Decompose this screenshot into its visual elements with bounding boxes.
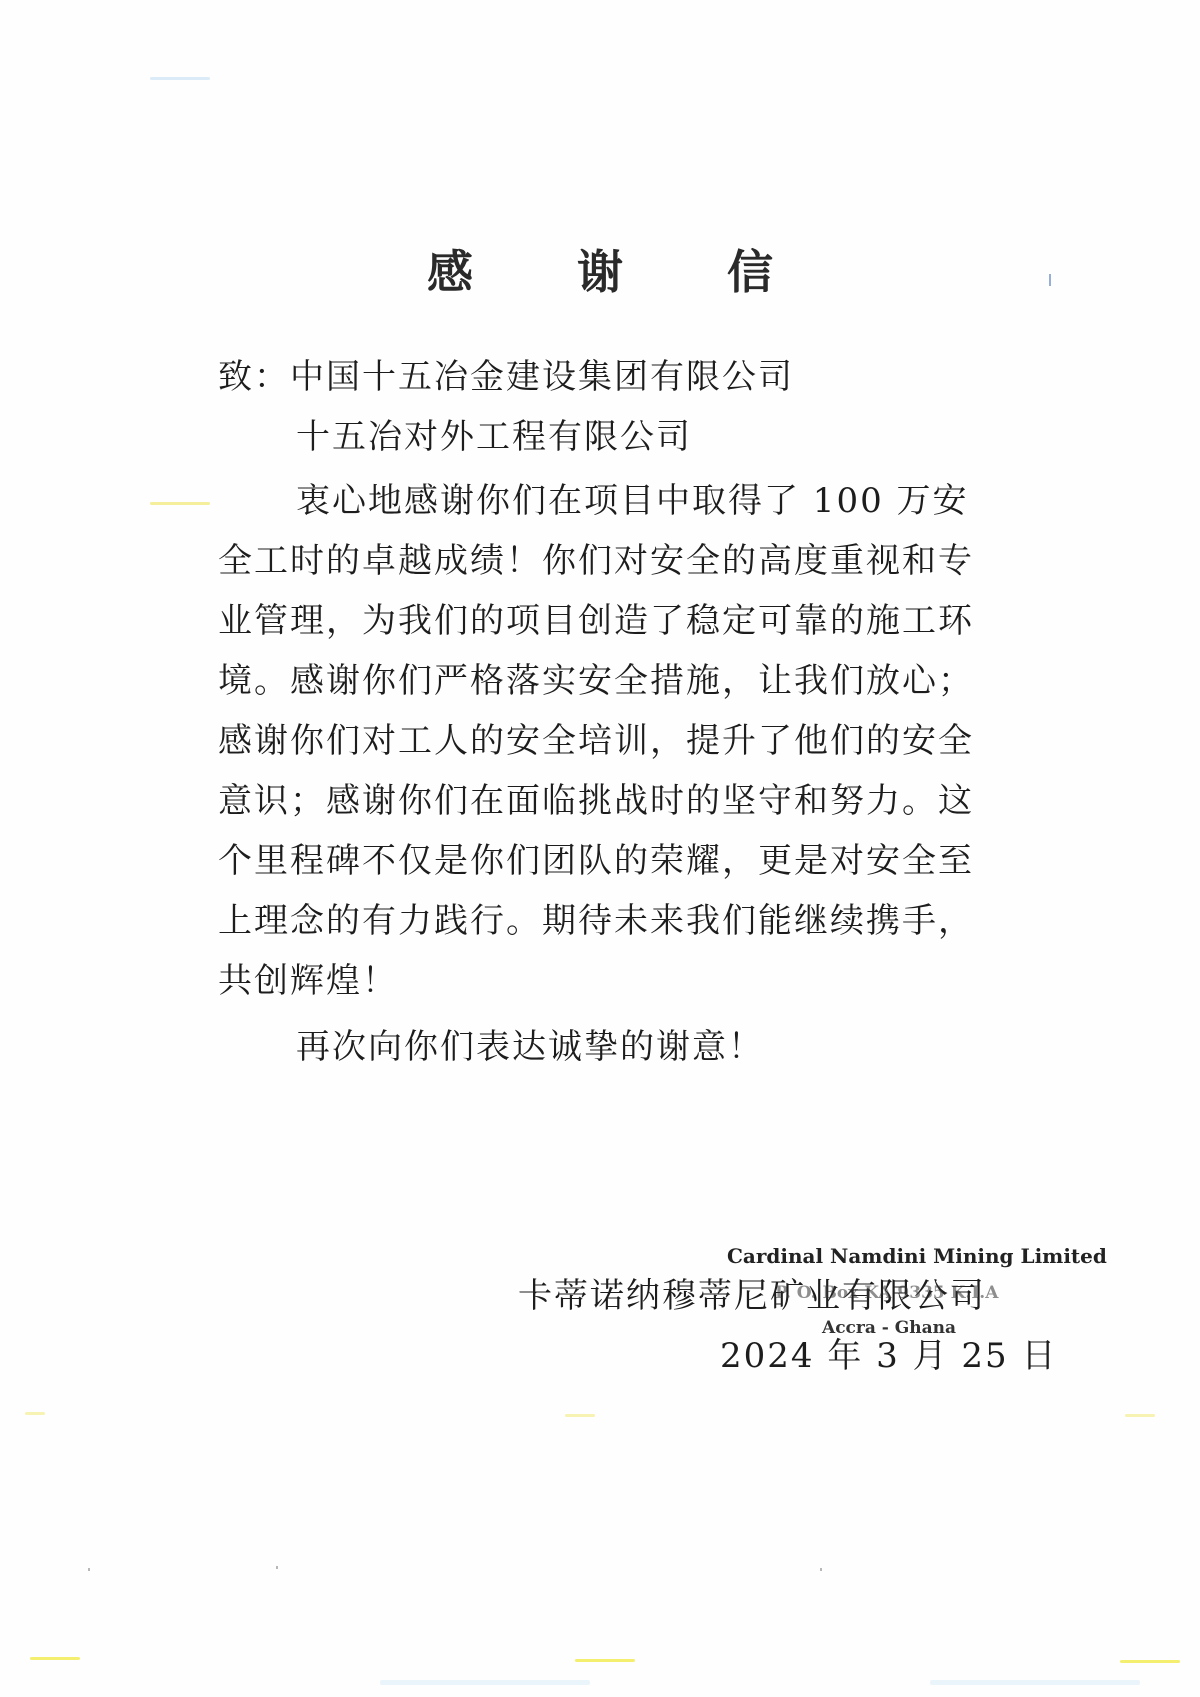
scan-artifact (565, 1414, 595, 1417)
scan-artifact (88, 1568, 90, 1571)
closing-line: 再次向你们表达诚挚的谢意！ (296, 1030, 764, 1064)
scan-artifact (25, 1412, 45, 1415)
body-line: 个里程碑不仅是你们团队的荣耀，更是对安全至 (218, 844, 974, 878)
scan-artifact (380, 1680, 590, 1685)
body-line: 共创辉煌！ (218, 964, 398, 998)
body-line: 衷心地感谢你们在项目中取得了 100 万安 (296, 484, 969, 518)
scan-artifact (930, 1680, 1140, 1685)
scan-artifact (30, 1657, 80, 1660)
scan-artifact (1120, 1660, 1180, 1663)
stamp-city: Accra - Ghana (822, 1318, 956, 1338)
letter-title: 感 谢 信 (0, 236, 1200, 302)
scan-artifact (1125, 1414, 1155, 1417)
scan-artifact (150, 502, 210, 505)
stamp-po-box: P. O. Box KA 9335 K.I.A (775, 1283, 998, 1303)
body-line: 上理念的有力践行。期待未来我们能继续携手， (218, 904, 974, 938)
scan-artifact (820, 1568, 822, 1571)
recipient-line-2: 十五冶对外工程有限公司 (296, 420, 692, 454)
body-line: 全工时的卓越成绩！你们对安全的高度重视和专 (218, 544, 974, 578)
letter-page: 感 谢 信 致：中国十五冶金建设集团有限公司 十五冶对外工程有限公司 衷心地感谢… (0, 0, 1200, 1697)
recipient-primary: 中国十五冶金建设集团有限公司 (290, 357, 794, 397)
stamp-company-name: Cardinal Namdini Mining Limited (727, 1244, 1107, 1268)
body-line: 意识；感谢你们在面临挑战时的坚守和努力。这 (218, 784, 974, 818)
scan-artifact (150, 77, 210, 80)
body-line: 感谢你们对工人的安全培训，提升了他们的安全 (218, 724, 974, 758)
body-line: 业管理，为我们的项目创造了稳定可靠的施工环 (218, 604, 974, 638)
body-line: 境。感谢你们严格落实安全措施，让我们放心； (218, 664, 974, 698)
scan-artifact (276, 1566, 278, 1569)
recipient-line-1: 致：中国十五冶金建设集团有限公司 (218, 360, 794, 394)
scan-artifact (575, 1659, 635, 1662)
salutation-prefix: 致： (218, 357, 290, 397)
